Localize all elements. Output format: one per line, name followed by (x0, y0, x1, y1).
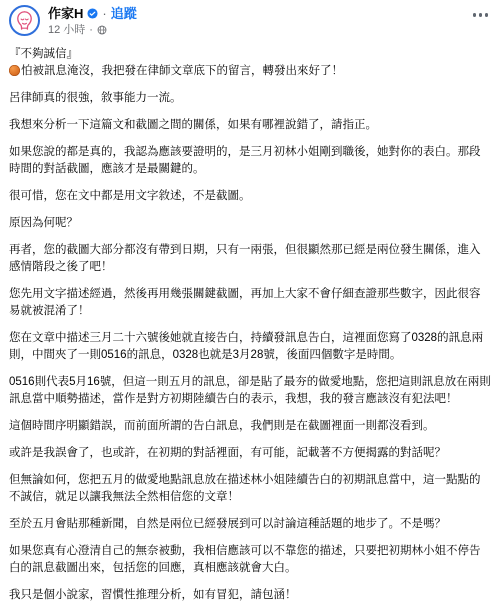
post-paragraph: 如果您說的都是真的，我認為應該要證明的，是三月初林小姐剛到職後，她對你的表白。那… (9, 144, 491, 178)
post-opening-paragraph: 『不夠誠信』怕被訊息淹沒，我把發在律師文章底下的留言，轉發出來好了！ (9, 46, 491, 80)
post-title-line: 『不夠誠信』 (9, 48, 78, 60)
post-paragraph: 很可惜，您在文中都是用文字敘述，不是截圖。 (9, 188, 491, 205)
follow-link[interactable]: 追蹤 (111, 6, 137, 21)
timestamp[interactable]: 12 小時 (48, 24, 85, 36)
basketball-emoji (9, 65, 20, 76)
header-text: 作家H · 追蹤 12 小時 · (48, 5, 137, 36)
more-options-button[interactable] (471, 9, 491, 21)
post-text: 『不夠誠信』怕被訊息淹沒，我把發在律師文章底下的留言，轉發出來好了！ 呂律師真的… (9, 46, 491, 604)
meta-line: 12 小時 · (48, 24, 137, 36)
post-paragraph: 至於五月會貼那種新聞，自然是兩位已經發展到可以討論這種話題的地步了。不是嗎？ (9, 516, 491, 533)
globe-icon (97, 25, 107, 35)
meta-separator: · (89, 24, 93, 36)
post-paragraph: 您先用文字描述經過，然後再用幾張關鍵截圖，再加上大家不會仔細查證那些數字，因此很… (9, 286, 491, 320)
post-paragraph: 如果您真有心澄清自己的無奈被動，我相信應該可以不靠您的描述，只要把初期林小姐不停… (9, 543, 491, 577)
post-paragraph: 您在文章中描述三月二十六號後她就直接告白，持續發訊息告白，這裡面您寫了0328的… (9, 330, 491, 364)
author-separator: · (102, 6, 106, 21)
ellipsis-icon (473, 13, 477, 17)
post-paragraph: 原因為何呢？ (9, 215, 491, 232)
author-name[interactable]: 作家H (48, 6, 83, 21)
post-paragraph: 這個時間序明顯錯誤，而前面所謂的告白訊息，我們則是在截圖裡面一則都沒看到。 (9, 418, 491, 435)
author-line: 作家H · 追蹤 (48, 6, 137, 21)
avatar[interactable] (9, 5, 40, 36)
post-header: 作家H · 追蹤 12 小時 · (9, 5, 491, 36)
post-paragraph: 呂律師真的很強，敘事能力一流。 (9, 90, 491, 107)
post-paragraph: 我想來分析一下這篇文和截圖之間的關係，如果有哪裡說錯了，請指正。 (9, 117, 491, 134)
post-paragraph: 我只是個小說家，習慣性推理分析，如有冒犯，請包涵！ (9, 587, 491, 604)
post-paragraph: 再者，您的截圖大部分都沒有帶到日期，只有一兩張，但很顯然那已經是兩位發生關係，進… (9, 242, 491, 276)
post-paragraph: 或許是我誤會了，也或許，在初期的對話裡面，有可能，記載著不方便揭露的對話呢？ (9, 445, 491, 462)
facebook-post-card: 作家H · 追蹤 12 小時 · (0, 0, 500, 613)
verified-badge-icon (87, 8, 98, 19)
avatar-sketch-icon (13, 9, 36, 32)
post-paragraph: 但無論如何，您把五月的做愛地點訊息放在描述林小姐陸續告白的初期訊息當中，這一點點… (9, 472, 491, 506)
post-lead-line: 怕被訊息淹沒，我把發在律師文章底下的留言，轉發出來好了！ (21, 65, 343, 77)
post-paragraph: 0516則代表5月16號，但這一則五月的訊息，卻是貼了最夯的做愛地點，您把這則訊… (9, 374, 491, 408)
